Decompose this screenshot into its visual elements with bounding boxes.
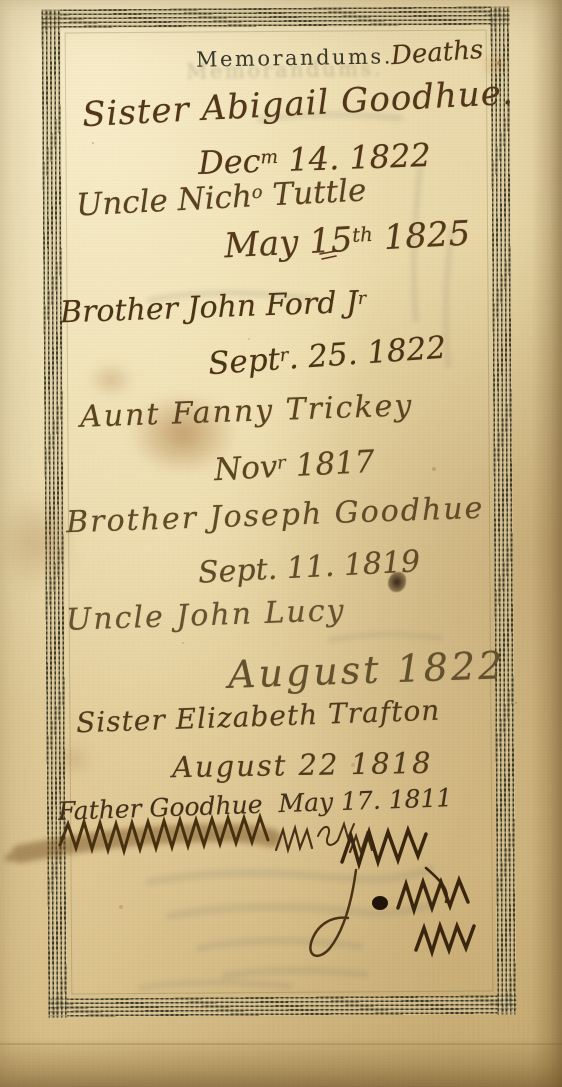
- border-band-top: [41, 6, 509, 28]
- handwritten-title-deaths: Deaths: [390, 35, 484, 71]
- page-edge-shadow-right: [532, 0, 562, 1087]
- almanac-memoranda-page-scan: Memorandums. Memorandums. Deaths Sister …: [0, 0, 562, 1087]
- page-edge-shadow-bottom: [0, 1037, 562, 1087]
- entry-date: August 22 1818: [172, 746, 433, 785]
- border-band-bottom: [48, 995, 516, 1017]
- entry-date: May 17. 1811: [278, 783, 453, 818]
- foxing-specks: [0, 0, 2, 2]
- printed-title: Memorandums.: [196, 44, 393, 71]
